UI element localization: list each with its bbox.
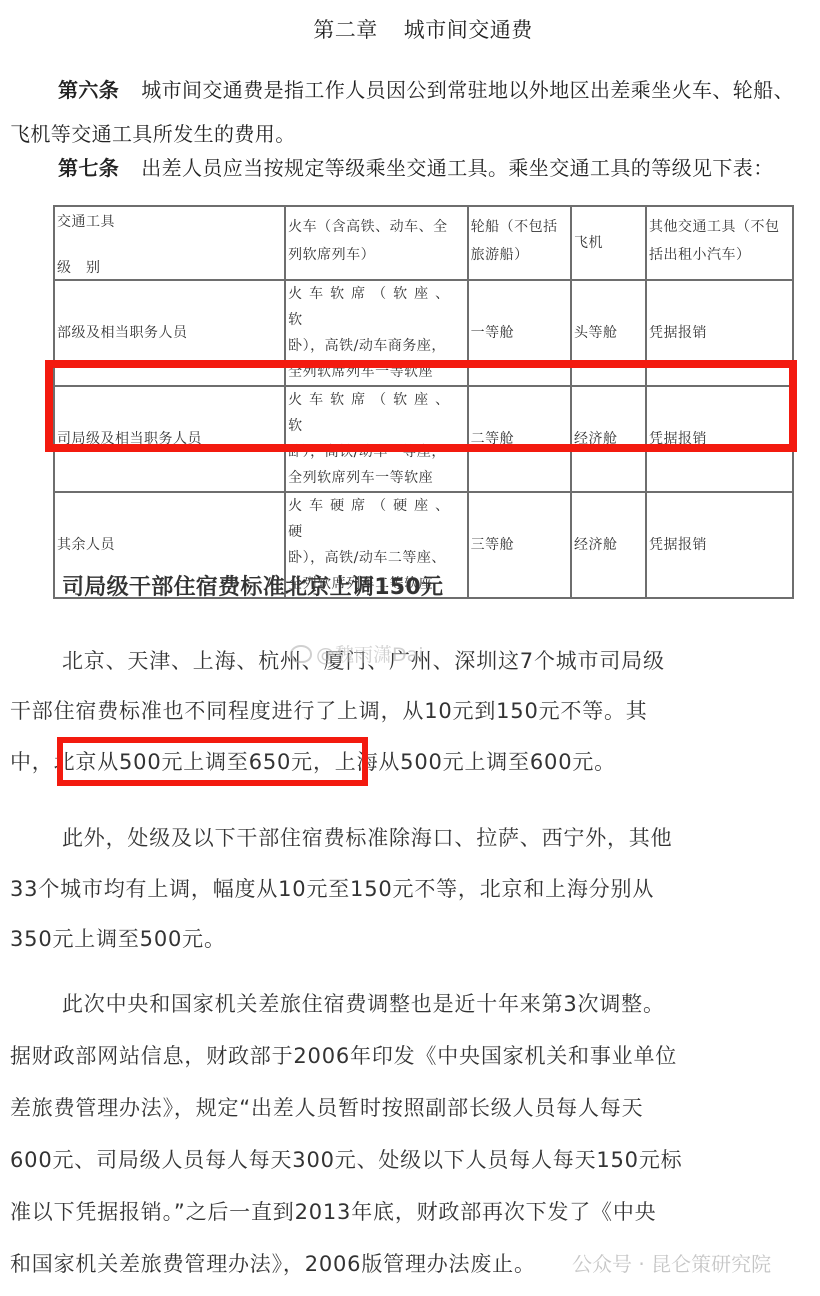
section-heading: 司局级干部住宿费标准北京上调150元 [62,570,443,601]
train-line2: 卧），高铁/动车商务座， [288,338,446,354]
header-ship: 轮船（不包括旅游船） [468,206,571,280]
train-line3: 全列软席列车一等软座 [288,470,433,486]
header-train-line2: 列软席列车） [288,247,375,263]
paragraph-3-line1: 此次中央和国家机关差旅住宿费调整也是近十年来第3次调整。 [62,988,665,1018]
train-cell: 火车软席（软座、软卧），高铁/动车商务座，全列软席列车一等软座 [285,280,467,386]
paragraph-2-line1: 此外，处级及以下干部住宿费标准除海口、拉萨、西宁外，其他 [62,822,672,852]
ship-cell: 一等舱 [468,280,571,386]
other-cell: 凭据报销 [646,386,793,492]
header-train: 火车（含高铁、动车、全列软席列车） [285,206,467,280]
train-line3: 全列软席列车一等软座 [288,364,433,380]
table-row-highlighted: 司局级及相当职务人员 火车软席（软座、软卧），高铁/动车一等座，全列软席列车一等… [54,386,793,492]
paragraph-2-line2: 33个城市均有上调，幅度从10元至150元不等，北京和上海分别从 [10,873,654,903]
article-6-label: 第六条 [58,78,119,102]
plane-cell: 经济舱 [571,386,646,492]
train-line2: 卧），高铁/动车一等座， [288,444,446,460]
weibo-watermark-text: @魏雨潇Dai [316,644,424,666]
paragraph-1-line3: 中，北京从500元上调至650元，上海从500元上调至600元。 [10,746,616,776]
article-6-text-line2: 飞机等交通工具所发生的费用。 [10,118,296,147]
paragraph-3-line3: 差旅费管理办法》，规定“出差人员暂时按照副部长级人员每人每天 [10,1092,643,1122]
header-other-line1: 其他交通工具（不包 [649,219,780,235]
header-ship-line1: 轮船（不包括 [471,219,558,235]
table-header-row: 交通工具 级 别 火车（含高铁、动车、全列软席列车） 轮船（不包括旅游船） 飞机… [54,206,793,280]
ship-cell: 二等舱 [468,386,571,492]
other-cell: 凭据报销 [646,280,793,386]
train-cell: 火车软席（软座、软卧），高铁/动车一等座，全列软席列车一等软座 [285,386,467,492]
header-plane: 飞机 [571,206,646,280]
article-7: 第七条出差人员应当按规定等级乘坐交通工具。乘坐交通工具的等级见下表： [58,152,774,181]
header-corner-grade: 级 别 [57,257,284,279]
transport-grade-table: 交通工具 级 别 火车（含高铁、动车、全列软席列车） 轮船（不包括旅游船） 飞机… [53,205,794,599]
header-plane-label: 飞机 [574,235,603,251]
paragraph-2-line3: 350元上调至500元。 [10,923,226,953]
wechat-watermark: 公众号 · 昆仑策研究院 [572,1248,771,1277]
header-train-line1: 火车（含高铁、动车、全 [288,219,448,235]
paragraph-3-line5: 准以下凭据报销。”之后一直到2013年底，财政部再次下发了《中央 [10,1196,656,1226]
weibo-watermark: @魏雨潇Dai [290,640,424,667]
article-6: 第六条城市间交通费是指工作人员因公到常驻地以外地区出差乘坐火车、轮船、 [58,74,794,103]
train-line1: 火车软席（软座、软 [288,286,456,328]
p1-line3-suffix: ，上海从500元上调至600元。 [313,750,616,774]
train-line1: 火车软席（软座、软 [288,392,456,434]
header-corner-cell: 交通工具 级 别 [54,206,285,280]
other-cell: 凭据报销 [646,492,793,598]
grade-cell: 司局级及相当职务人员 [54,386,285,492]
paragraph-3-line2: 据财政部网站信息，财政部于2006年印发《中央国家机关和事业单位 [10,1040,677,1070]
ship-cell: 三等舱 [468,492,571,598]
article-6-text-line1: 城市间交通费是指工作人员因公到常驻地以外地区出差乘坐火车、轮船、 [141,78,794,102]
paragraph-3-line4: 600元、司局级人员每人每天300元、处级以下人员每人每天150元标 [10,1144,682,1174]
highlighted-text-beijing: 北京从500元上调至650元 [54,750,313,774]
train-line2: 卧），高铁/动车二等座、 [288,550,446,566]
p1-line3-prefix: 中， [10,750,54,774]
article-7-label: 第七条 [58,156,119,180]
chapter-name: 城市间交通费 [404,18,533,42]
grade-cell: 部级及相当职务人员 [54,280,285,386]
paragraph-1-line2: 干部住宿费标准也不同程度进行了上调，从10元到150元不等。其 [10,695,648,725]
plane-cell: 头等舱 [571,280,646,386]
article-7-text: 出差人员应当按规定等级乘坐交通工具。乘坐交通工具的等级见下表： [141,156,773,180]
weibo-logo-icon [290,645,312,663]
paragraph-3-line6: 和国家机关差旅费管理办法》，2006版管理办法废止。 [10,1248,536,1278]
header-corner-transport: 交通工具 [57,211,284,233]
plane-cell: 经济舱 [571,492,646,598]
header-ship-line2: 旅游船） [471,247,529,263]
header-other-line2: 括出租小汽车） [649,247,751,263]
train-line1: 火车硬席（硬座、硬 [288,498,456,540]
chapter-title: 第二章城市间交通费 [0,14,820,44]
chapter-number: 第二章 [313,18,378,42]
table-row: 部级及相当职务人员 火车软席（软座、软卧），高铁/动车商务座，全列软席列车一等软… [54,280,793,386]
header-other: 其他交通工具（不包括出租小汽车） [646,206,793,280]
